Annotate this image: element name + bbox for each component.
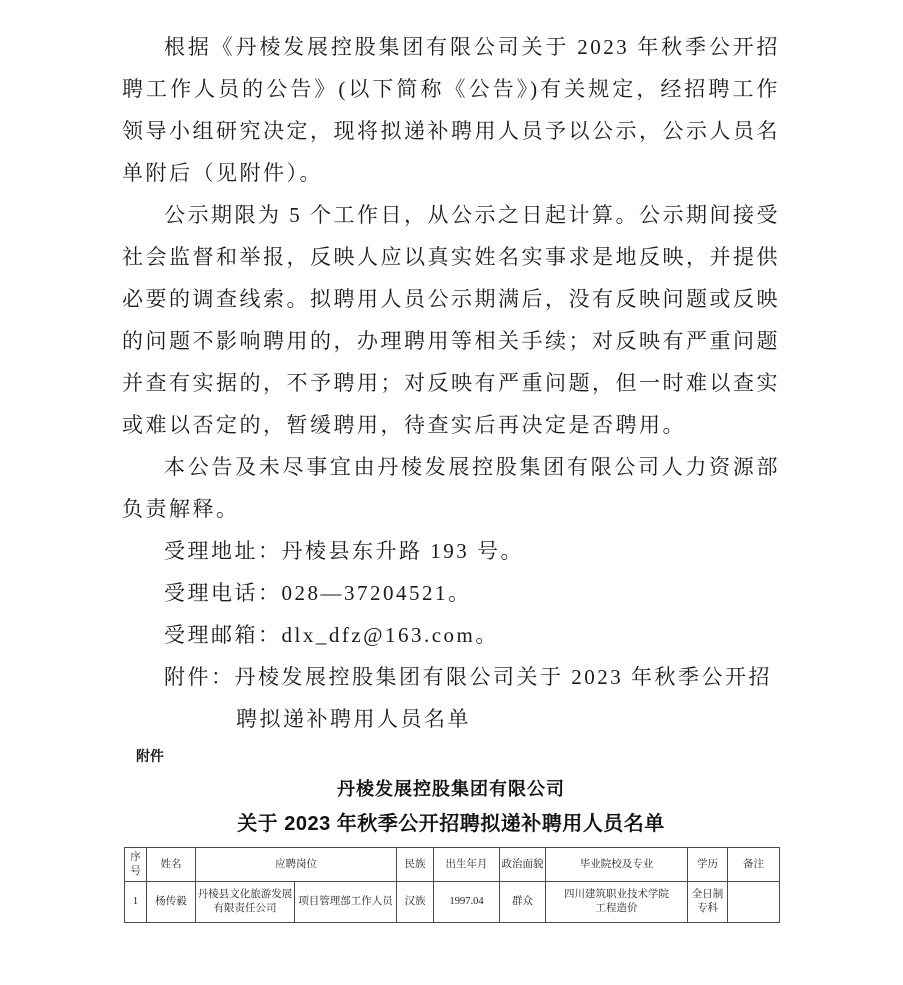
cell-company: 丹棱县文化旅游发展有限责任公司 xyxy=(196,882,295,923)
table-row-candidate-1: 1 杨传毅 丹棱县文化旅游发展有限责任公司 项目管理部工作人员 汉族 1997.… xyxy=(125,882,780,923)
header-cell-school-major: 毕业院校及专业 xyxy=(546,848,688,882)
cell-degree: 全日制专科 xyxy=(688,882,728,923)
attachment-label: 附件 xyxy=(136,748,780,765)
paragraph-publicity-period: 公示期限为 5 个工作日，从公示之日起计算。公示期间接受社会监督和举报，反映人应… xyxy=(122,194,780,446)
cell-name: 杨传毅 xyxy=(147,882,196,923)
paragraph-regulation-basis: 根据《丹棱发展控股集团有限公司关于 2023 年秋季公开招聘工作人员的公告》(以… xyxy=(122,26,780,194)
cell-school-major: 四川建筑职业技术学院 工程造价 xyxy=(546,882,688,923)
announcement-document: 根据《丹棱发展控股集团有限公司关于 2023 年秋季公开招聘工作人员的公告》(以… xyxy=(122,26,780,923)
header-cell-degree: 学历 xyxy=(688,848,728,882)
attachment-subtitle: 关于 2023 年秋季公开招聘拟递补聘用人员名单 xyxy=(122,810,780,838)
header-cell-index: 序号 xyxy=(125,848,147,882)
acceptance-email-line: 受理邮箱：dlx_dfz@163.com。 xyxy=(122,614,780,656)
cell-birth-date: 1997.04 xyxy=(434,882,500,923)
cell-position: 项目管理部工作人员 xyxy=(295,882,397,923)
cell-index: 1 xyxy=(125,882,147,923)
header-cell-name: 姓名 xyxy=(147,848,196,882)
attachment-title: 丹棱发展控股集团有限公司 xyxy=(122,777,780,802)
table-header-row: 序号 姓名 应聘岗位 民族 出生年月 政治面貌 毕业院校及专业 学历 备注 xyxy=(125,848,780,882)
header-cell-ethnicity: 民族 xyxy=(397,848,434,882)
recruitment-roster-table: 序号 姓名 应聘岗位 民族 出生年月 政治面貌 毕业院校及专业 学历 备注 1 … xyxy=(124,847,780,923)
header-cell-position: 应聘岗位 xyxy=(196,848,397,882)
paragraph-interpretation: 本公告及未尽事宜由丹棱发展控股集团有限公司人力资源部负责解释。 xyxy=(122,446,780,530)
acceptance-phone-line: 受理电话：028—37204521。 xyxy=(122,572,780,614)
cell-school: 四川建筑职业技术学院 xyxy=(547,888,686,902)
attachment-reference-line: 附件：丹棱发展控股集团有限公司关于 2023 年秋季公开招聘拟递补聘用人员名单 xyxy=(122,656,780,740)
cell-note xyxy=(728,882,780,923)
page: { "doc": { "para_regulation": "根据《丹棱发展控股… xyxy=(0,0,903,985)
cell-political-status: 群众 xyxy=(500,882,546,923)
header-cell-political-status: 政治面貌 xyxy=(500,848,546,882)
header-cell-note: 备注 xyxy=(728,848,780,882)
acceptance-address-line: 受理地址：丹棱县东升路 193 号。 xyxy=(122,530,780,572)
header-cell-birth-date: 出生年月 xyxy=(434,848,500,882)
cell-major: 工程造价 xyxy=(547,902,686,916)
cell-ethnicity: 汉族 xyxy=(397,882,434,923)
